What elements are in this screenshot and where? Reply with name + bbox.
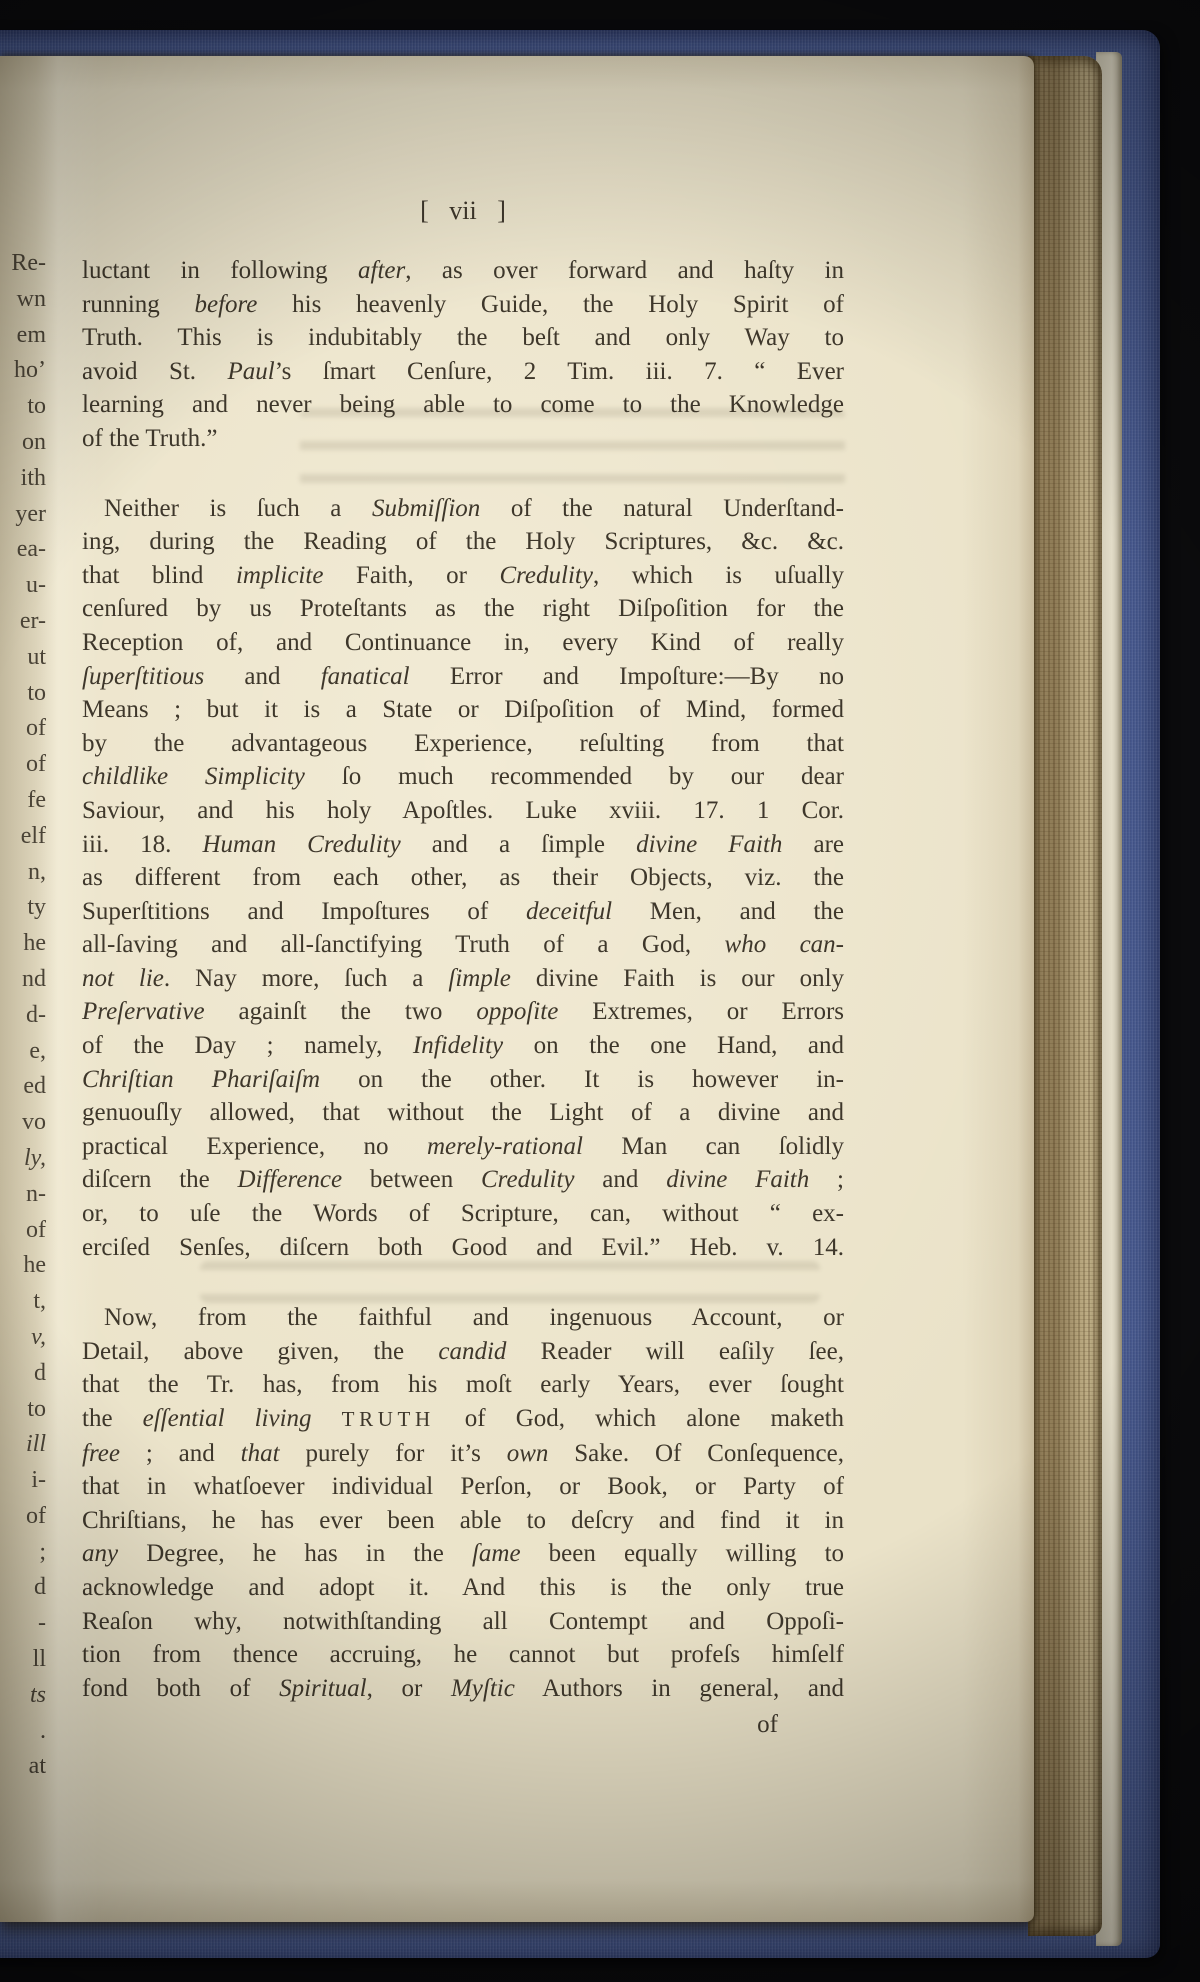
text-line: Now, from the faithful and ingenuous Acc… (82, 1301, 844, 1335)
margin-fragment: Re- (0, 246, 46, 282)
text-line: genuouſly allowed, that without the Ligh… (82, 1096, 844, 1130)
text-line: avoid St. Paul’s ſmart Cenſure, 2 Tim. i… (82, 355, 844, 389)
margin-fragment: of (0, 711, 46, 747)
text-line: running before his heavenly Guide, the H… (82, 288, 844, 322)
margin-fragment: n, (0, 855, 46, 891)
text-line: Saviour, and his holy Apoſtles. Luke xvi… (82, 794, 844, 828)
book-photo: Re-wnemho’toonithyerea-u-er-uttoofoffeel… (0, 0, 1200, 1982)
paragraph: luctant in following after, as over forw… (82, 254, 844, 456)
text-line: the eſſential living TRUTH of God, which… (82, 1402, 844, 1437)
margin-fragment: to (0, 676, 46, 712)
margin-fragment: of (0, 1213, 46, 1249)
margin-fragment: d (0, 1356, 46, 1392)
margin-fragment: ly, (0, 1141, 46, 1177)
margin-fragment: ut (0, 640, 46, 676)
margin-fragment: n- (0, 1177, 46, 1213)
margin-fragment: elf (0, 819, 46, 855)
catchword: of (82, 1708, 844, 1742)
text-line: of the Truth.” (82, 422, 844, 456)
margin-fragment: ed (0, 1069, 46, 1105)
margin-fragment: v, (0, 1320, 46, 1356)
margin-fragment: er- (0, 604, 46, 640)
text-line: as different from each other, as their O… (82, 861, 844, 895)
margin-fragment: . (0, 1714, 46, 1750)
margin-fragment: ho’ (0, 353, 46, 389)
margin-fragment: - (0, 1606, 46, 1642)
margin-fragment: ll (0, 1642, 46, 1678)
facing-page-fragments: Re-wnemho’toonithyerea-u-er-uttoofoffeel… (0, 246, 46, 1785)
margin-fragment: wn (0, 282, 46, 318)
margin-fragment: e, (0, 1034, 46, 1070)
text-line: that in whatſoever individual Perſon, or… (82, 1470, 844, 1504)
text-line: ſuperſtitious and fanatical Error and Im… (82, 660, 844, 694)
margin-fragment: ty (0, 890, 46, 926)
scanned-page: Re-wnemho’toonithyerea-u-er-uttoofoffeel… (0, 56, 1034, 1922)
text-line: Truth. This is indubitably the beſt and … (82, 321, 844, 355)
text-line: Reception of, and Continuance in, every … (82, 626, 844, 660)
margin-fragment: at (0, 1749, 46, 1785)
text-line: practical Experience, no merely-rational… (82, 1130, 844, 1164)
text-line: by the advantageous Experience, reſultin… (82, 727, 844, 761)
text-line: learning and never being able to come to… (82, 388, 844, 422)
margin-fragment: he (0, 1248, 46, 1284)
text-line: Reaſon why, notwithſtanding all Contempt… (82, 1605, 844, 1639)
text-line: childlike Simplicity ſo much recommended… (82, 760, 844, 794)
text-line: luctant in following after, as over forw… (82, 254, 844, 288)
margin-fragment: ts (0, 1678, 46, 1714)
margin-fragment: on (0, 425, 46, 461)
margin-fragment: d- (0, 998, 46, 1034)
margin-fragment: of (0, 747, 46, 783)
margin-fragment: em (0, 318, 46, 354)
text-line: erciſed Senſes, diſcern both Good and Ev… (82, 1231, 844, 1265)
margin-fragment: u- (0, 568, 46, 604)
margin-fragment: to (0, 1392, 46, 1428)
text-line: iii. 18. Human Credulity and a ſimple di… (82, 828, 844, 862)
text-line: any Degree, he has in the ſame been equa… (82, 1537, 844, 1571)
text-line: ing, during the Reading of the Holy Scri… (82, 525, 844, 559)
text-line: fond both of Spiritual, or Myſtic Author… (82, 1672, 844, 1706)
text-line: Neither is ſuch a Submiſſion of the natu… (82, 492, 844, 526)
text-line: cenſured by us Proteſtants as the right … (82, 592, 844, 626)
paragraph: Now, from the faithful and ingenuous Acc… (82, 1301, 844, 1705)
margin-fragment: yer (0, 497, 46, 533)
margin-fragment: vo (0, 1105, 46, 1141)
margin-fragment: he (0, 926, 46, 962)
page-stack-fore-edge (1028, 56, 1102, 1936)
text-line: Superſtitions and Impoſtures of deceitfu… (82, 895, 844, 929)
margin-fragment: d (0, 1570, 46, 1606)
page-number-heading: [ vii ] (82, 194, 844, 228)
text-line: diſcern the Difference between Credulity… (82, 1163, 844, 1197)
text-line: that blind implicite Faith, or Credulity… (82, 559, 844, 593)
margin-fragment: ea- (0, 532, 46, 568)
text-line: that the Tr. has, from his moſt early Ye… (82, 1368, 844, 1402)
text-line: free ; and that purely for it’s own Sake… (82, 1437, 844, 1471)
margin-fragment: i- (0, 1463, 46, 1499)
text-line: Detail, above given, the candid Reader w… (82, 1335, 844, 1369)
paragraphs: luctant in following after, as over forw… (82, 254, 844, 1705)
text-line: Means ; but it is a State or Diſpoſition… (82, 693, 844, 727)
margin-fragment: of (0, 1499, 46, 1535)
margin-fragment: ill (0, 1427, 46, 1463)
margin-fragment: ; (0, 1535, 46, 1571)
margin-fragment: to (0, 389, 46, 425)
margin-fragment: fe (0, 783, 46, 819)
text-line: all-ſaving and all-ſanctifying Truth of … (82, 928, 844, 962)
text-line: Chriſtian Phariſaiſm on the other. It is… (82, 1063, 844, 1097)
text-line: Preſervative againſt the two oppoſite Ex… (82, 995, 844, 1029)
margin-fragment: ith (0, 461, 46, 497)
margin-fragment: nd (0, 962, 46, 998)
page-text: [ vii ] luctant in following after, as o… (82, 194, 844, 1742)
paragraph: Neither is ſuch a Submiſſion of the natu… (82, 492, 844, 1265)
margin-fragment: t, (0, 1284, 46, 1320)
text-line: Chriſtians, he has ever been able to deſ… (82, 1504, 844, 1538)
text-line: or, to uſe the Words of Scripture, can, … (82, 1197, 844, 1231)
text-line: not lie. Nay more, ſuch a ſimple divine … (82, 962, 844, 996)
text-line: tion from thence accruing, he cannot but… (82, 1638, 844, 1672)
text-line: of the Day ; namely, Infidelity on the o… (82, 1029, 844, 1063)
text-line: acknowledge and adopt it. And this is th… (82, 1571, 844, 1605)
